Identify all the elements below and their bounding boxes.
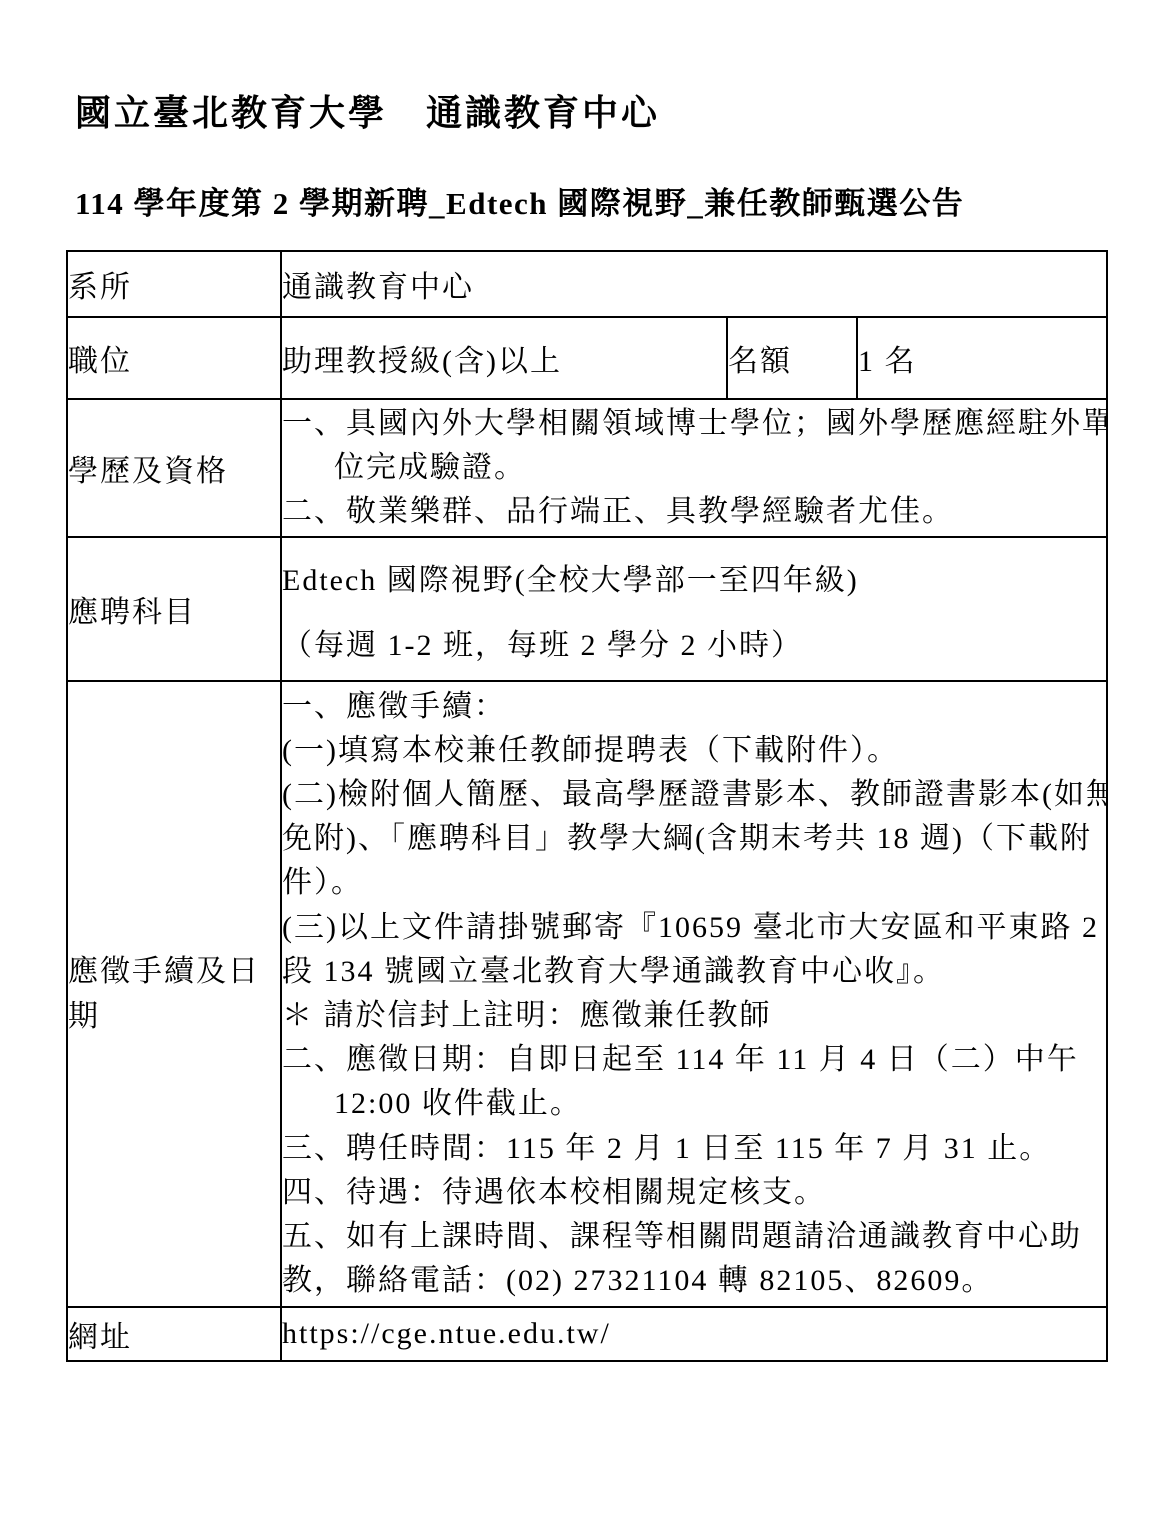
text-line: 段 134 號國立臺北教育大學通識教育中心收』。 [282, 950, 1106, 994]
subject-course: Edtech 國際視野(全校大學部一至四年級) [282, 555, 1106, 599]
website-url: https://cge.ntue.edu.tw/ [281, 1307, 1107, 1361]
text-line: ＊ 請於信封上註明：應徵兼任教師 [282, 994, 1106, 1038]
quota-value: 1 名 [857, 317, 1107, 399]
text-line: (一)填寫本校兼任教師提聘表（下載附件）。 [282, 729, 1106, 773]
subject-note: （每週 1-2 班，每班 2 學分 2 小時） [282, 620, 1106, 664]
text-line: 三、聘任時間：115 年 2 月 1 日至 115 年 7 月 31 止。 [282, 1127, 1106, 1171]
text-line: (二)檢附個人簡歷、最高學歷證書影本、教師證書影本(如無 [282, 773, 1106, 817]
procedure-label: 應徵手續及日期 [67, 681, 281, 1307]
text-line: 一、具國內外大學相關領域博士學位；國外學歷應經駐外單 [282, 402, 1106, 446]
qualification-value: 一、具國內外大學相關領域博士學位；國外學歷應經駐外單 位完成驗證。 二、敬業樂群… [281, 399, 1107, 537]
announcement-title: 114 學年度第 2 學期新聘_Edtech 國際視野_兼任教師甄選公告 [75, 184, 1171, 224]
text-line: 二、應徵日期：自即日起至 114 年 11 月 4 日（二）中午 [282, 1038, 1106, 1082]
text-line: 一、應徵手續： [282, 685, 1106, 729]
row-subject: 應聘科目 Edtech 國際視野(全校大學部一至四年級) （每週 1-2 班，每… [67, 537, 1107, 681]
text-line: 件）。 [282, 861, 1106, 905]
qualification-label: 學歷及資格 [67, 399, 281, 537]
position-label: 職位 [67, 317, 281, 399]
page-title: 國立臺北教育大學 通識教育中心 [75, 90, 1171, 136]
row-position: 職位 助理教授級(含)以上 名額 1 名 [67, 317, 1107, 399]
text-line: 免附)、「應聘科目」教學大綱(含期末考共 18 週)（下載附 [282, 817, 1106, 861]
text-line: 五、如有上課時間、課程等相關問題請洽通識教育中心助 [282, 1215, 1106, 1259]
subject-label: 應聘科目 [67, 537, 281, 681]
website-label: 網址 [67, 1307, 281, 1361]
text-line: (三)以上文件請掛號郵寄『10659 臺北市大安區和平東路 2 [282, 906, 1106, 950]
text-line: 二、敬業樂群、品行端正、具教學經驗者尤佳。 [282, 490, 1106, 534]
document-page: 國立臺北教育大學 通識教育中心 114 學年度第 2 學期新聘_Edtech 國… [0, 0, 1171, 1521]
text-line: 12:00 收件截止。 [282, 1082, 1106, 1126]
procedure-value: 一、應徵手續： (一)填寫本校兼任教師提聘表（下載附件）。 (二)檢附個人簡歷、… [281, 681, 1107, 1307]
row-department: 系所 通識教育中心 [67, 251, 1107, 317]
row-website: 網址 https://cge.ntue.edu.tw/ [67, 1307, 1107, 1361]
subject-value: Edtech 國際視野(全校大學部一至四年級) （每週 1-2 班，每班 2 學… [281, 537, 1107, 681]
row-procedure: 應徵手續及日期 一、應徵手續： (一)填寫本校兼任教師提聘表（下載附件）。 (二… [67, 681, 1107, 1307]
quota-label: 名額 [727, 317, 857, 399]
department-value: 通識教育中心 [281, 251, 1107, 317]
announcement-table: 系所 通識教育中心 職位 助理教授級(含)以上 名額 1 名 學歷及資格 一、具… [66, 250, 1108, 1362]
row-qualification: 學歷及資格 一、具國內外大學相關領域博士學位；國外學歷應經駐外單 位完成驗證。 … [67, 399, 1107, 537]
text-line: 教，聯絡電話：(02) 27321104 轉 82105、82609。 [282, 1259, 1106, 1303]
position-value: 助理教授級(含)以上 [281, 317, 727, 399]
text-line: 位完成驗證。 [282, 446, 1106, 490]
department-label: 系所 [67, 251, 281, 317]
text-line: 四、待遇：待遇依本校相關規定核支。 [282, 1171, 1106, 1215]
